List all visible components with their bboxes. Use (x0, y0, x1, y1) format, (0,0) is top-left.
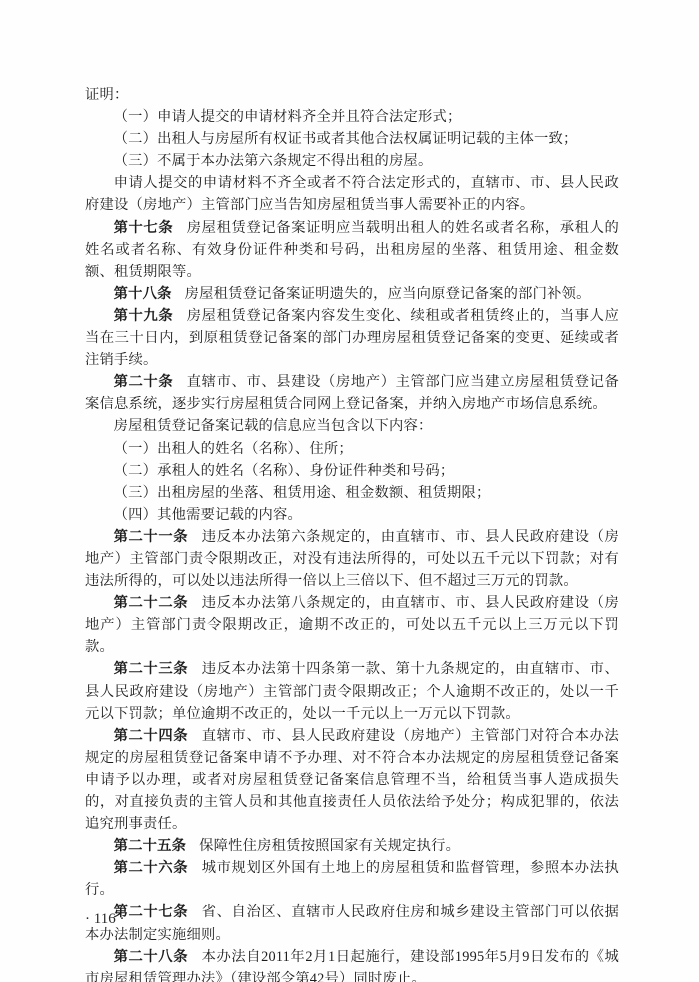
paragraph: 第十九条 房屋租赁登记备案内容发生变化、续租或者租赁终止的，当事人应当在三十日内… (85, 305, 619, 371)
paragraph-text: 申请人提交的申请材料不齐全或者不符合法定形式的，直辖市、市、县人民政府建设（房地… (85, 175, 619, 213)
article-number: 第十八条 (114, 286, 172, 302)
page-footer: · 116 · (85, 908, 124, 930)
paragraph: 第二十一条 违反本办法第六条规定的，由直辖市、市、县人民政府建设（房地产）主管部… (85, 526, 619, 592)
document-body: 证明： （一）申请人提交的申请材料齐全并且符合法定形式； （二）出租人与房屋所有… (85, 84, 619, 982)
document-page: 证明： （一）申请人提交的申请材料齐全并且符合法定形式； （二）出租人与房屋所有… (0, 0, 699, 982)
paragraph-text: 保障性住房租赁按照国家有关规定执行。 (199, 838, 460, 854)
article-number: 第二十条 (114, 374, 174, 390)
paragraph-text: （一）申请人提交的申请材料齐全并且符合法定形式； (114, 109, 462, 125)
article-number: 第二十七条 (114, 904, 189, 920)
paragraph: （一）申请人提交的申请材料齐全并且符合法定形式； (85, 106, 619, 128)
article-number: 第二十六条 (114, 860, 189, 876)
paragraph: 第二十八条 本办法自2011年2月1日起施行，建设部1995年5月9日发布的《城… (85, 946, 619, 982)
article-number: 第二十二条 (114, 595, 189, 611)
paragraph-text: （三）不属于本办法第六条规定不得出租的房屋。 (114, 153, 433, 169)
article-number: 第十九条 (114, 308, 174, 324)
paragraph-text: （一）出租人的姓名（名称）、住所； (114, 441, 353, 457)
article-number: 第二十三条 (114, 661, 189, 677)
paragraph: 第二十五条 保障性住房租赁按照国家有关规定执行。 (85, 835, 619, 857)
paragraph: 证明： (85, 84, 619, 106)
article-number: 第二十一条 (114, 529, 189, 545)
paragraph: （三）不属于本办法第六条规定不得出租的房屋。 (85, 150, 619, 172)
paragraph: 第二十三条 违反本办法第十四条第一款、第十九条规定的，由直辖市、市、县人民政府建… (85, 658, 619, 724)
paragraph: （二）出租人与房屋所有权证书或者其他合法权属证明记载的主体一致； (85, 128, 619, 150)
paragraph: 第二十七条 省、自治区、直辖市人民政府住房和城乡建设主管部门可以依据本办法制定实… (85, 901, 619, 945)
article-number: 第二十四条 (114, 728, 189, 744)
paragraph-text: （二）出租人与房屋所有权证书或者其他合法权属证明记载的主体一致； (114, 131, 578, 147)
paragraph: 第二十二条 违反本办法第八条规定的，由直辖市、市、县人民政府建设（房地产）主管部… (85, 592, 619, 658)
paragraph: 第二十条 直辖市、市、县建设（房地产）主管部门应当建立房屋租赁登记备案信息系统，… (85, 371, 619, 415)
article-number: 第二十五条 (114, 838, 186, 854)
page-number: · 116 · (85, 911, 124, 927)
paragraph: 房屋租赁登记备案记载的信息应当包含以下内容： (85, 415, 619, 437)
paragraph-text: 证明： (85, 87, 129, 103)
paragraph: （二）承租人的姓名（名称）、身份证件种类和号码； (85, 460, 619, 482)
paragraph-text: （三）出租房屋的坐落、租赁用途、租金数额、租赁期限； (114, 485, 491, 501)
paragraph: 第十七条 房屋租赁登记备案证明应当载明出租人的姓名或者名称，承租人的姓名或者名称… (85, 217, 619, 283)
paragraph: （三）出租房屋的坐落、租赁用途、租金数额、租赁期限； (85, 482, 619, 504)
paragraph: 申请人提交的申请材料不齐全或者不符合法定形式的，直辖市、市、县人民政府建设（房地… (85, 172, 619, 216)
paragraph: 第二十六条 城市规划区外国有土地上的房屋租赁和监督管理，参照本办法执行。 (85, 857, 619, 901)
paragraph: （四）其他需要记载的内容。 (85, 504, 619, 526)
paragraph-text: （四）其他需要记载的内容。 (114, 507, 302, 523)
article-number: 第二十八条 (114, 949, 189, 965)
paragraph: 第二十四条 直辖市、市、县人民政府建设（房地产）主管部门对符合本办法规定的房屋租… (85, 725, 619, 835)
paragraph: 第十八条 房屋租赁登记备案证明遗失的，应当向原登记备案的部门补领。 (85, 283, 619, 305)
paragraph-text: 房屋租赁登记备案证明遗失的，应当向原登记备案的部门补领。 (185, 286, 591, 302)
paragraph: （一）出租人的姓名（名称）、住所； (85, 438, 619, 460)
paragraph-text: （二）承租人的姓名（名称）、身份证件种类和号码； (114, 463, 455, 479)
paragraph-text: 房屋租赁登记备案记载的信息应当包含以下内容： (114, 418, 433, 434)
article-number: 第十七条 (114, 220, 174, 236)
